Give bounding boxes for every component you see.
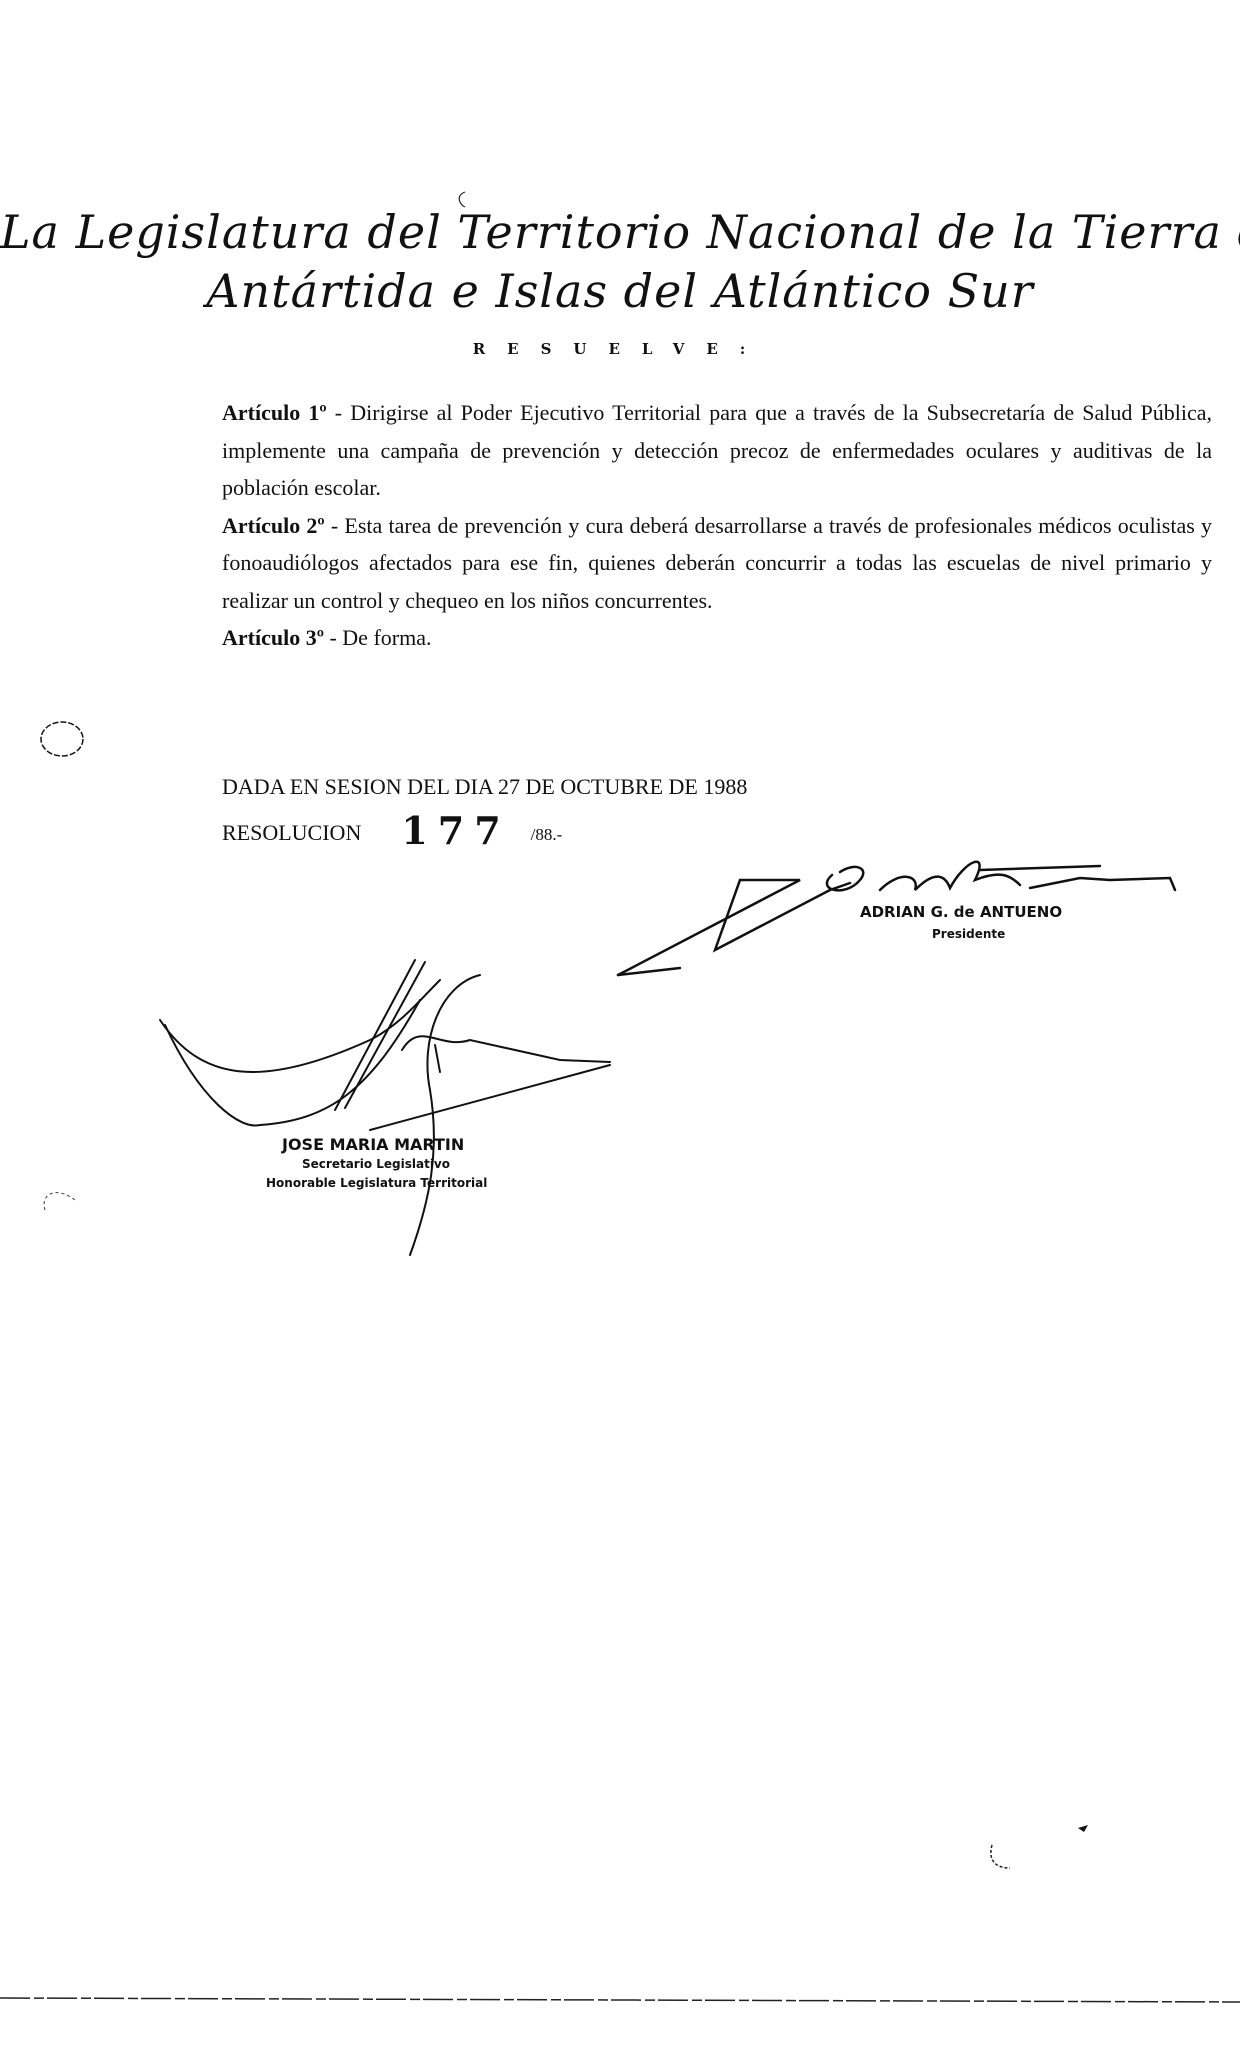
secretary-title: Secretario Legislativo [302,1157,450,1171]
page-edge-line [0,1998,1240,2002]
scan-mark-icon [1078,1825,1088,1832]
scan-mark-icon [459,192,465,207]
signature-strokes [0,0,1240,2065]
president-name: ADRIAN G. de ANTUENO [860,903,1062,921]
secretary-institution: Honorable Legislatura Territorial [266,1176,487,1190]
president-title: Presidente [932,927,1005,941]
secretary-signature-icon [160,960,610,1255]
scan-hole-icon [41,722,83,756]
secretary-name: JOSE MARIA MARTIN [282,1135,464,1154]
scan-mark-icon [991,1845,1010,1868]
scan-mark-icon [44,1193,75,1210]
